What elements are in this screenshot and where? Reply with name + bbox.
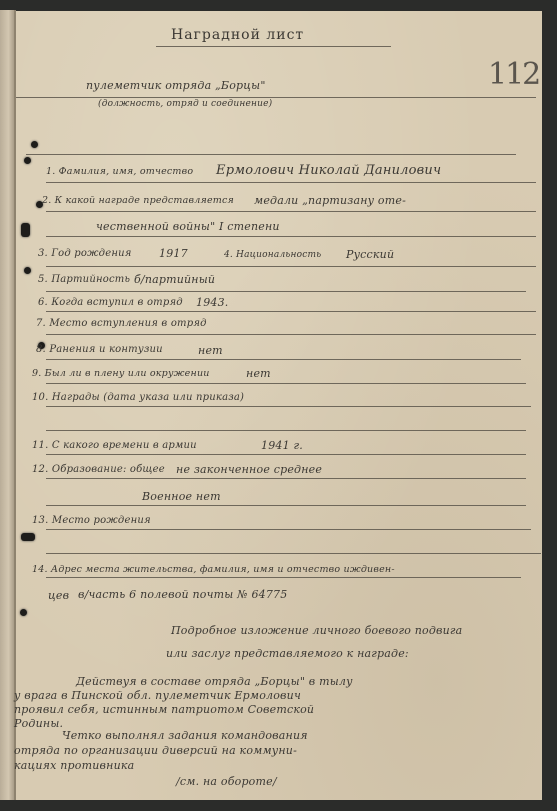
field-3-value: 1917: [159, 247, 188, 260]
form-rule: [46, 430, 526, 431]
field-11-value: 1941 г.: [261, 439, 303, 452]
narrative-line: Действуя в составе отряда „Борцы" в тылу: [76, 675, 353, 688]
title-underline: [156, 46, 391, 47]
binding-hole: [31, 141, 38, 148]
position-value: пулеметчик отряда „Борцы": [86, 79, 266, 92]
form-rule: [46, 577, 521, 578]
award-sheet-page: Наградной лист 112 пулеметчик отряда „Бо…: [16, 11, 542, 800]
position-rule: [16, 97, 536, 98]
binding-hole: [21, 533, 35, 541]
form-rule: [46, 359, 521, 360]
narrative-heading-2: или заслуг представляемого к награде:: [166, 647, 409, 660]
form-rule: [46, 529, 531, 530]
field-9-label: 9. Был ли в плену или окружении: [32, 368, 210, 379]
narrative-line: Родины.: [14, 717, 63, 730]
field-6-label: 6. Когда вступил в отряд: [38, 297, 183, 308]
form-rule: [46, 406, 531, 407]
field-13-label: 13. Место рождения: [32, 515, 151, 526]
narrative-heading-1: Подробное изложение личного боевого подв…: [171, 624, 462, 637]
field-3-label: 3. Год рождения: [38, 248, 132, 259]
narrative-line: кациях противника: [14, 759, 134, 772]
narrative-line: отряда по организации диверсий на коммун…: [14, 744, 297, 757]
continued-note: /см. на обороте/: [176, 775, 277, 788]
form-rule: [46, 266, 536, 267]
field-5-value: б/партийный: [134, 273, 215, 286]
document-title: Наградной лист: [171, 27, 304, 43]
binding-hole: [20, 609, 27, 616]
form-rule: [46, 311, 536, 312]
field-8-label: 8. Ранения и контузии: [36, 344, 163, 355]
field-1-value: Ермолович Николай Данилович: [216, 163, 441, 178]
form-rule: [46, 478, 526, 479]
field-14-label-cont: цев: [48, 589, 69, 602]
form-rule: [46, 182, 536, 183]
binding-hole: [24, 267, 31, 274]
field-4-value: Русский: [346, 248, 394, 261]
form-rule: [46, 454, 526, 455]
field-2-value: медали „партизану оте-: [254, 194, 406, 207]
form-rule: [46, 553, 541, 554]
field-8-value: нет: [198, 344, 223, 357]
field-9-value: нет: [246, 367, 271, 380]
field-7-label: 7. Место вступления в отряд: [36, 318, 207, 329]
form-rule: [46, 334, 536, 335]
field-5-label: 5. Партийность: [38, 274, 130, 285]
binding-hole: [21, 223, 30, 237]
form-rule: [46, 505, 526, 506]
field-2-label: 2. К какой награде представляется: [42, 195, 234, 206]
position-caption: (должность, отряд и соединение): [98, 99, 272, 109]
field-14-value: в/часть 6 полевой почты № 64775: [78, 588, 287, 601]
narrative-line: проявил себя, истинным патриотом Советск…: [14, 703, 314, 716]
form-rule: [46, 291, 526, 292]
narrative-line: Четко выполнял задания командования: [62, 729, 308, 742]
field-12-value: не законченное среднее: [176, 463, 322, 476]
form-rule: [26, 154, 516, 155]
page-number: 112: [488, 57, 539, 92]
field-14-label: 14. Адрес места жительства, фамилия, имя…: [32, 564, 395, 575]
scanned-document: Наградной лист 112 пулеметчик отряда „Бо…: [0, 0, 557, 811]
form-rule: [46, 211, 536, 212]
field-4-label: 4. Национальность: [224, 250, 321, 260]
binding-hole: [24, 157, 31, 164]
field-11-label: 11. С какого времени в армии: [32, 440, 197, 451]
form-rule: [46, 383, 526, 384]
field-12-label: 12. Образование: общее: [32, 464, 165, 475]
field-1-label: 1. Фамилия, имя, отчество: [46, 166, 193, 177]
field-6-value: 1943.: [196, 296, 229, 309]
narrative-line: у врага в Пинской обл. пулеметчик Ермоло…: [14, 689, 301, 702]
field-10-label: 10. Награды (дата указа или приказа): [32, 392, 244, 403]
field-12-military: Военное нет: [142, 490, 221, 503]
form-rule: [46, 236, 536, 237]
binding-margin: [0, 10, 14, 800]
field-2-value-cont: чественной войны" I степени: [96, 220, 280, 233]
